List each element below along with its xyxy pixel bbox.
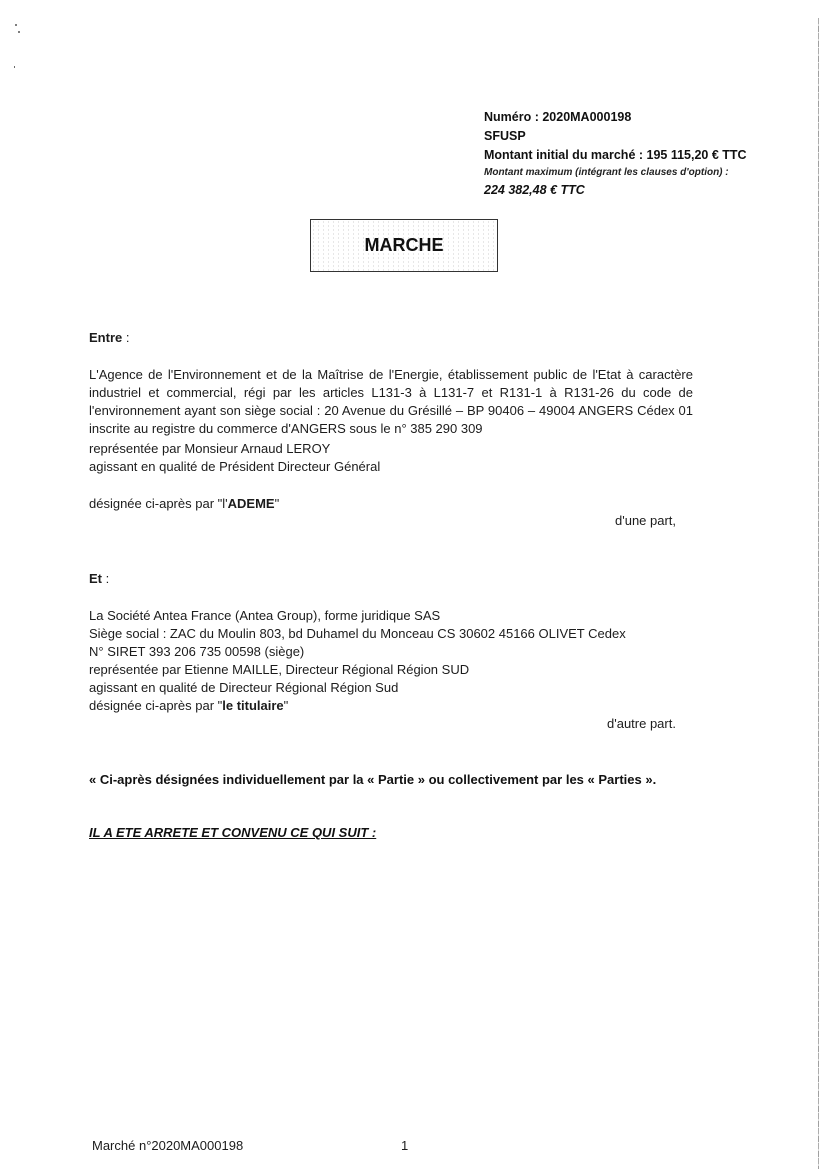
- document-title-box: MARCHE: [310, 219, 498, 272]
- footer-page-number: 1: [401, 1138, 408, 1153]
- parties-clause: « Ci-après désignées individuellement pa…: [89, 772, 656, 787]
- maximum-amount-value: 224 382,48 € TTC: [484, 181, 747, 200]
- service-code: SFUSP: [484, 127, 747, 146]
- party1-side: d'une part,: [615, 513, 676, 528]
- party2-siret: N° SIRET 393 206 735 00598 (siège): [89, 643, 693, 661]
- document-title: MARCHE: [365, 235, 444, 256]
- party2-designation-prefix: désignée ci-après par ": [89, 698, 222, 713]
- party2-address: Siège social : ZAC du Moulin 803, bd Duh…: [89, 625, 749, 643]
- scan-speck: [15, 24, 17, 26]
- party2-side: d'autre part.: [607, 716, 676, 731]
- party1-description: L'Agence de l'Environnement et de la Maî…: [89, 366, 693, 438]
- party1-designation-suffix: ": [275, 496, 280, 511]
- party2-designation: désignée ci-après par "le titulaire": [89, 697, 693, 715]
- party2-capacity: agissant en qualité de Directeur Régiona…: [89, 679, 693, 697]
- contract-header: Numéro : 2020MA000198 SFUSP Montant init…: [484, 108, 747, 200]
- scan-page-edge: [818, 18, 819, 1169]
- footer-reference: Marché n°2020MA000198: [92, 1138, 243, 1153]
- party1-intro-label: Entre: [89, 330, 122, 345]
- party2-intro: Et :: [89, 570, 693, 588]
- party2-intro-label: Et: [89, 571, 102, 586]
- party1-designation-name: ADEME: [228, 496, 275, 511]
- party2-company: La Société Antea France (Antea Group), f…: [89, 607, 693, 625]
- party1-capacity: agissant en qualité de Président Directe…: [89, 458, 693, 476]
- party1-intro: Entre :: [89, 329, 693, 347]
- scan-speck: [14, 66, 15, 68]
- party1-designation: désignée ci-après par "l'ADEME": [89, 495, 693, 513]
- party2-intro-colon: :: [102, 571, 109, 586]
- scan-speck: [18, 31, 20, 33]
- party2-designation-suffix: ": [284, 698, 289, 713]
- maximum-amount-label: Montant maximum (intégrant les clauses d…: [484, 165, 747, 181]
- party1-representative: représentée par Monsieur Arnaud LEROY: [89, 440, 693, 458]
- party2-representative: représentée par Etienne MAILLE, Directeu…: [89, 661, 693, 679]
- party2-designation-name: le titulaire: [222, 698, 283, 713]
- initial-amount: Montant initial du marché : 195 115,20 €…: [484, 146, 747, 165]
- party1-designation-prefix: désignée ci-après par "l': [89, 496, 228, 511]
- contract-number: Numéro : 2020MA000198: [484, 108, 747, 127]
- party1-intro-colon: :: [122, 330, 129, 345]
- agreement-heading: IL A ETE ARRETE ET CONVENU CE QUI SUIT :: [89, 825, 376, 840]
